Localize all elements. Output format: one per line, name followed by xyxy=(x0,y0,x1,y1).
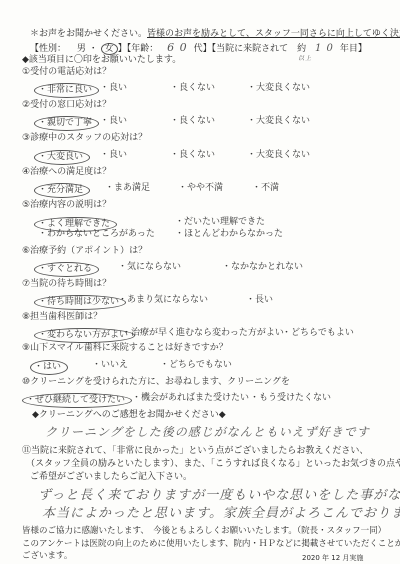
q5-option-3[interactable]: ・わからないところがあった xyxy=(38,229,155,240)
q1-option-3[interactable]: ・良くない xyxy=(170,83,215,94)
question-9-label: ⑨山下スマイル歯科に来院することは好きですか？ xyxy=(22,343,228,354)
question-8-label: ⑧担当歯科医師は？ xyxy=(22,312,102,323)
intro-prefix: ＊お声をお聞かせください。 xyxy=(30,29,147,39)
q7-option-2[interactable]: ・あまり気にならない xyxy=(118,295,208,306)
age-label: 【年齢： xyxy=(127,44,159,54)
q6-option-2[interactable]: ・気にならない xyxy=(118,262,181,273)
q1-option-1-selected[interactable]: ・非常に良い xyxy=(34,83,99,98)
question-11-handwritten-2: 本当によかったと思います。家族全員がよろこんでおります xyxy=(42,502,400,521)
visit-note: 以上 xyxy=(298,53,312,62)
q1-option-2[interactable]: ・良い xyxy=(100,83,127,94)
q5-option-4[interactable]: ・ほとんどわからなかった xyxy=(175,229,283,240)
q2-option-1-selected[interactable]: ・親切で丁寧 xyxy=(34,116,99,131)
q2-option-3[interactable]: ・良くない xyxy=(170,116,215,127)
q2-option-2[interactable]: ・良い xyxy=(100,116,127,127)
question-11-handwritten-1: ずっと長く来ておりますが一度もいやな思いをした事がなく xyxy=(38,484,400,503)
footer-line-3: ございます。 xyxy=(22,551,72,562)
question-11-line-3: ご希望がございましたらご記入下さい。 xyxy=(30,472,192,483)
q10-option-1-selected[interactable]: ・ぜひ継続して受けたい xyxy=(22,393,132,408)
q4-option-2[interactable]: ・まあ満足 xyxy=(105,183,150,194)
footer-line-2: このアンケートは医院の向上のために使用いたします、院内・ＨＰなどに掲載させていた… xyxy=(22,539,400,550)
visit-years: 1 0 xyxy=(315,43,334,54)
gender-label: 【性別： xyxy=(30,44,66,54)
q1-option-4[interactable]: ・大変良くない xyxy=(247,83,310,94)
q2-option-4[interactable]: ・大変良くない xyxy=(247,116,310,127)
cleaning-feedback-heading: ◆クリーニングへのご感想をお聞かせください◆ xyxy=(32,410,226,421)
q8-option-3[interactable]: ・どちらでもよい xyxy=(282,328,354,339)
question-11-line-1: ⑪当院に来院されて、「非常に良かった」という点がございましたらお教えください、 xyxy=(22,446,368,457)
q5-option-2[interactable]: ・だいたい理解できた xyxy=(175,217,265,228)
q3-option-4[interactable]: ・大変良くない xyxy=(247,150,310,161)
q9-option-3[interactable]: ・どちらでもない xyxy=(160,360,232,371)
question-10-label: ⑩クリーニングを受けられた方に、お尋ねします、クリーニングを xyxy=(22,377,290,388)
q4-option-4[interactable]: ・不満 xyxy=(252,183,279,194)
survey-date: 2020 年 12 月実施 xyxy=(302,553,363,563)
visit-label: 【当院に来院されて 約 xyxy=(212,44,307,54)
question-7-label: ⑦当院の待ち時間は？ xyxy=(22,279,111,290)
question-5-label: ⑤治療内容の説明は？ xyxy=(22,200,111,211)
q7-option-1-selected[interactable]: ・待ち時間は少ない xyxy=(34,295,126,310)
cleaning-feedback-handwritten: クリーニングをした後の感じがなんともいえず好きです xyxy=(45,423,370,440)
gender-sep: ・ xyxy=(89,44,98,54)
q8-option-1-selected[interactable]: ・変わらない方がよい xyxy=(34,328,135,343)
question-3-label: ③診療中のスタッフの応対は？ xyxy=(22,133,147,144)
footer-line-1: 皆様のご協力に感謝いたします、 今後ともよろしくお願いいたします。（院長・スタッ… xyxy=(22,526,386,537)
gender-male: 男 xyxy=(77,44,86,54)
q8-option-2[interactable]: ・治療が早く進むなら変わった方がよい xyxy=(122,328,284,339)
q4-option-3[interactable]: ・やや不満 xyxy=(178,183,223,194)
question-11-line-2: （スタッフ全員の励みといたします）、また、「こうすれば良くなる」といったお気づき… xyxy=(26,459,400,470)
q7-option-3[interactable]: ・長い xyxy=(246,295,273,306)
q6-option-1-selected[interactable]: ・すぐとれる xyxy=(34,262,99,277)
q4-option-1-selected[interactable]: ・充分満足 xyxy=(34,183,90,198)
question-1-label: ①受付の電話応対は？ xyxy=(22,67,111,78)
q10-option-3[interactable]: ・もう受けたくない xyxy=(250,393,331,404)
q9-option-2[interactable]: ・いいえ xyxy=(92,360,128,371)
intro-underlined: 皆様のお声を励みとして、スタッフ一同さらに向上してゆく決意です。 xyxy=(147,29,400,39)
q3-option-2[interactable]: ・良い xyxy=(100,150,127,161)
q10-option-2[interactable]: ・機会があればまた受けたい xyxy=(132,393,249,404)
respondent-info: 【性別： 男 ・ 女】【年齢： 6 0代】【当院に来院されて 約 1 0年目】 xyxy=(30,42,367,55)
question-4-label: ④治療への満足度は？ xyxy=(22,167,111,178)
q3-option-3[interactable]: ・良くない xyxy=(170,150,215,161)
question-2-label: ②受付の窓口応対は？ xyxy=(22,100,111,111)
visit-suffix: 年目】 xyxy=(340,44,367,54)
q9-option-1-selected[interactable]: ・はい xyxy=(30,360,68,375)
gender-female-circled: 女 xyxy=(101,43,118,55)
instruction: ◆該当項目に〇印をお願いいたします。 xyxy=(22,55,181,66)
age-suffix: 代】 xyxy=(194,44,212,54)
gender-close: 】 xyxy=(118,44,127,54)
q3-option-1-selected[interactable]: ・大変良い xyxy=(34,150,90,165)
age-value: 6 0 xyxy=(167,41,188,54)
question-6-label: ⑥治療予約（アポイント）は？ xyxy=(22,246,147,257)
q6-option-3[interactable]: ・なかなかとれない xyxy=(222,262,303,273)
intro-text: ＊お声をお聞かせください。皆様のお声を励みとして、スタッフ一同さらに向上してゆく… xyxy=(30,29,400,40)
